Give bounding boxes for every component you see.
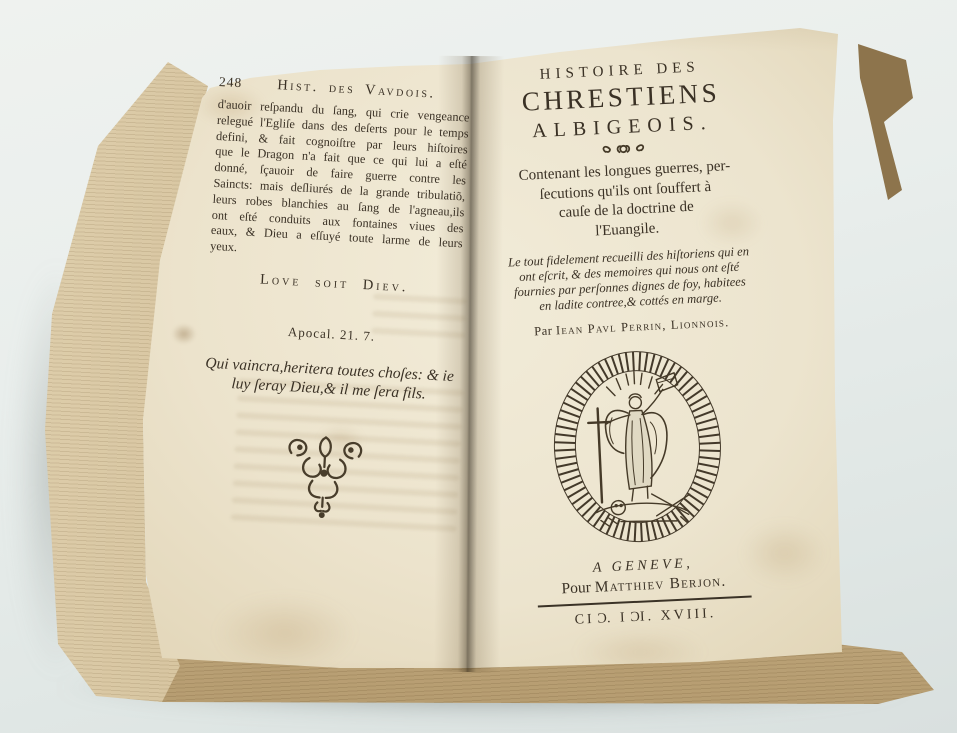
publisher-prefix: Pour [561, 579, 595, 598]
date-reversed-c: C [594, 611, 607, 628]
date-part: . I [607, 610, 628, 626]
scripture-verse: Qui vaincra,heritera toutes choſes: & ie… [202, 354, 456, 406]
doxology: Love soit Diev. [208, 269, 461, 300]
author-byline: Par Iean Pavl Perrin, Lionnois. [486, 313, 778, 342]
left-page-text: 248 Hist. des Vavdois. d'auoir reſpandu … [196, 64, 472, 530]
date-reversed-c: C [627, 610, 640, 627]
book-photo: 248 Hist. des Vavdois. d'auoir reſpandu … [0, 0, 957, 733]
device-angel-figure [549, 347, 726, 547]
printer-device-woodcut [549, 347, 726, 547]
date-part: I. XVIII. [640, 606, 717, 625]
publisher-name: Matthiev Berjon. [594, 573, 726, 596]
subtitle: Contenant les longues guerres, per- ſecu… [478, 155, 773, 247]
editorial-notice: Le tout fidelement recueilli des hiſtori… [482, 243, 777, 317]
title-page-text: HISTOIRE DES CHRESTIENS ALBIGEOIS. Conte… [472, 24, 792, 632]
body-paragraph: d'auoir reſpandu du ſang, qui crie venge… [210, 97, 470, 268]
fleuron-ornament-icon [196, 425, 453, 529]
byline-name: Iean Pavl Perrin, Lionnois. [556, 315, 730, 337]
scripture-citation: Apocal. 21. 7. [205, 320, 457, 350]
page-number: 248 [219, 74, 243, 91]
date-part: CI [574, 612, 595, 628]
byline-prefix: Par [534, 323, 556, 338]
